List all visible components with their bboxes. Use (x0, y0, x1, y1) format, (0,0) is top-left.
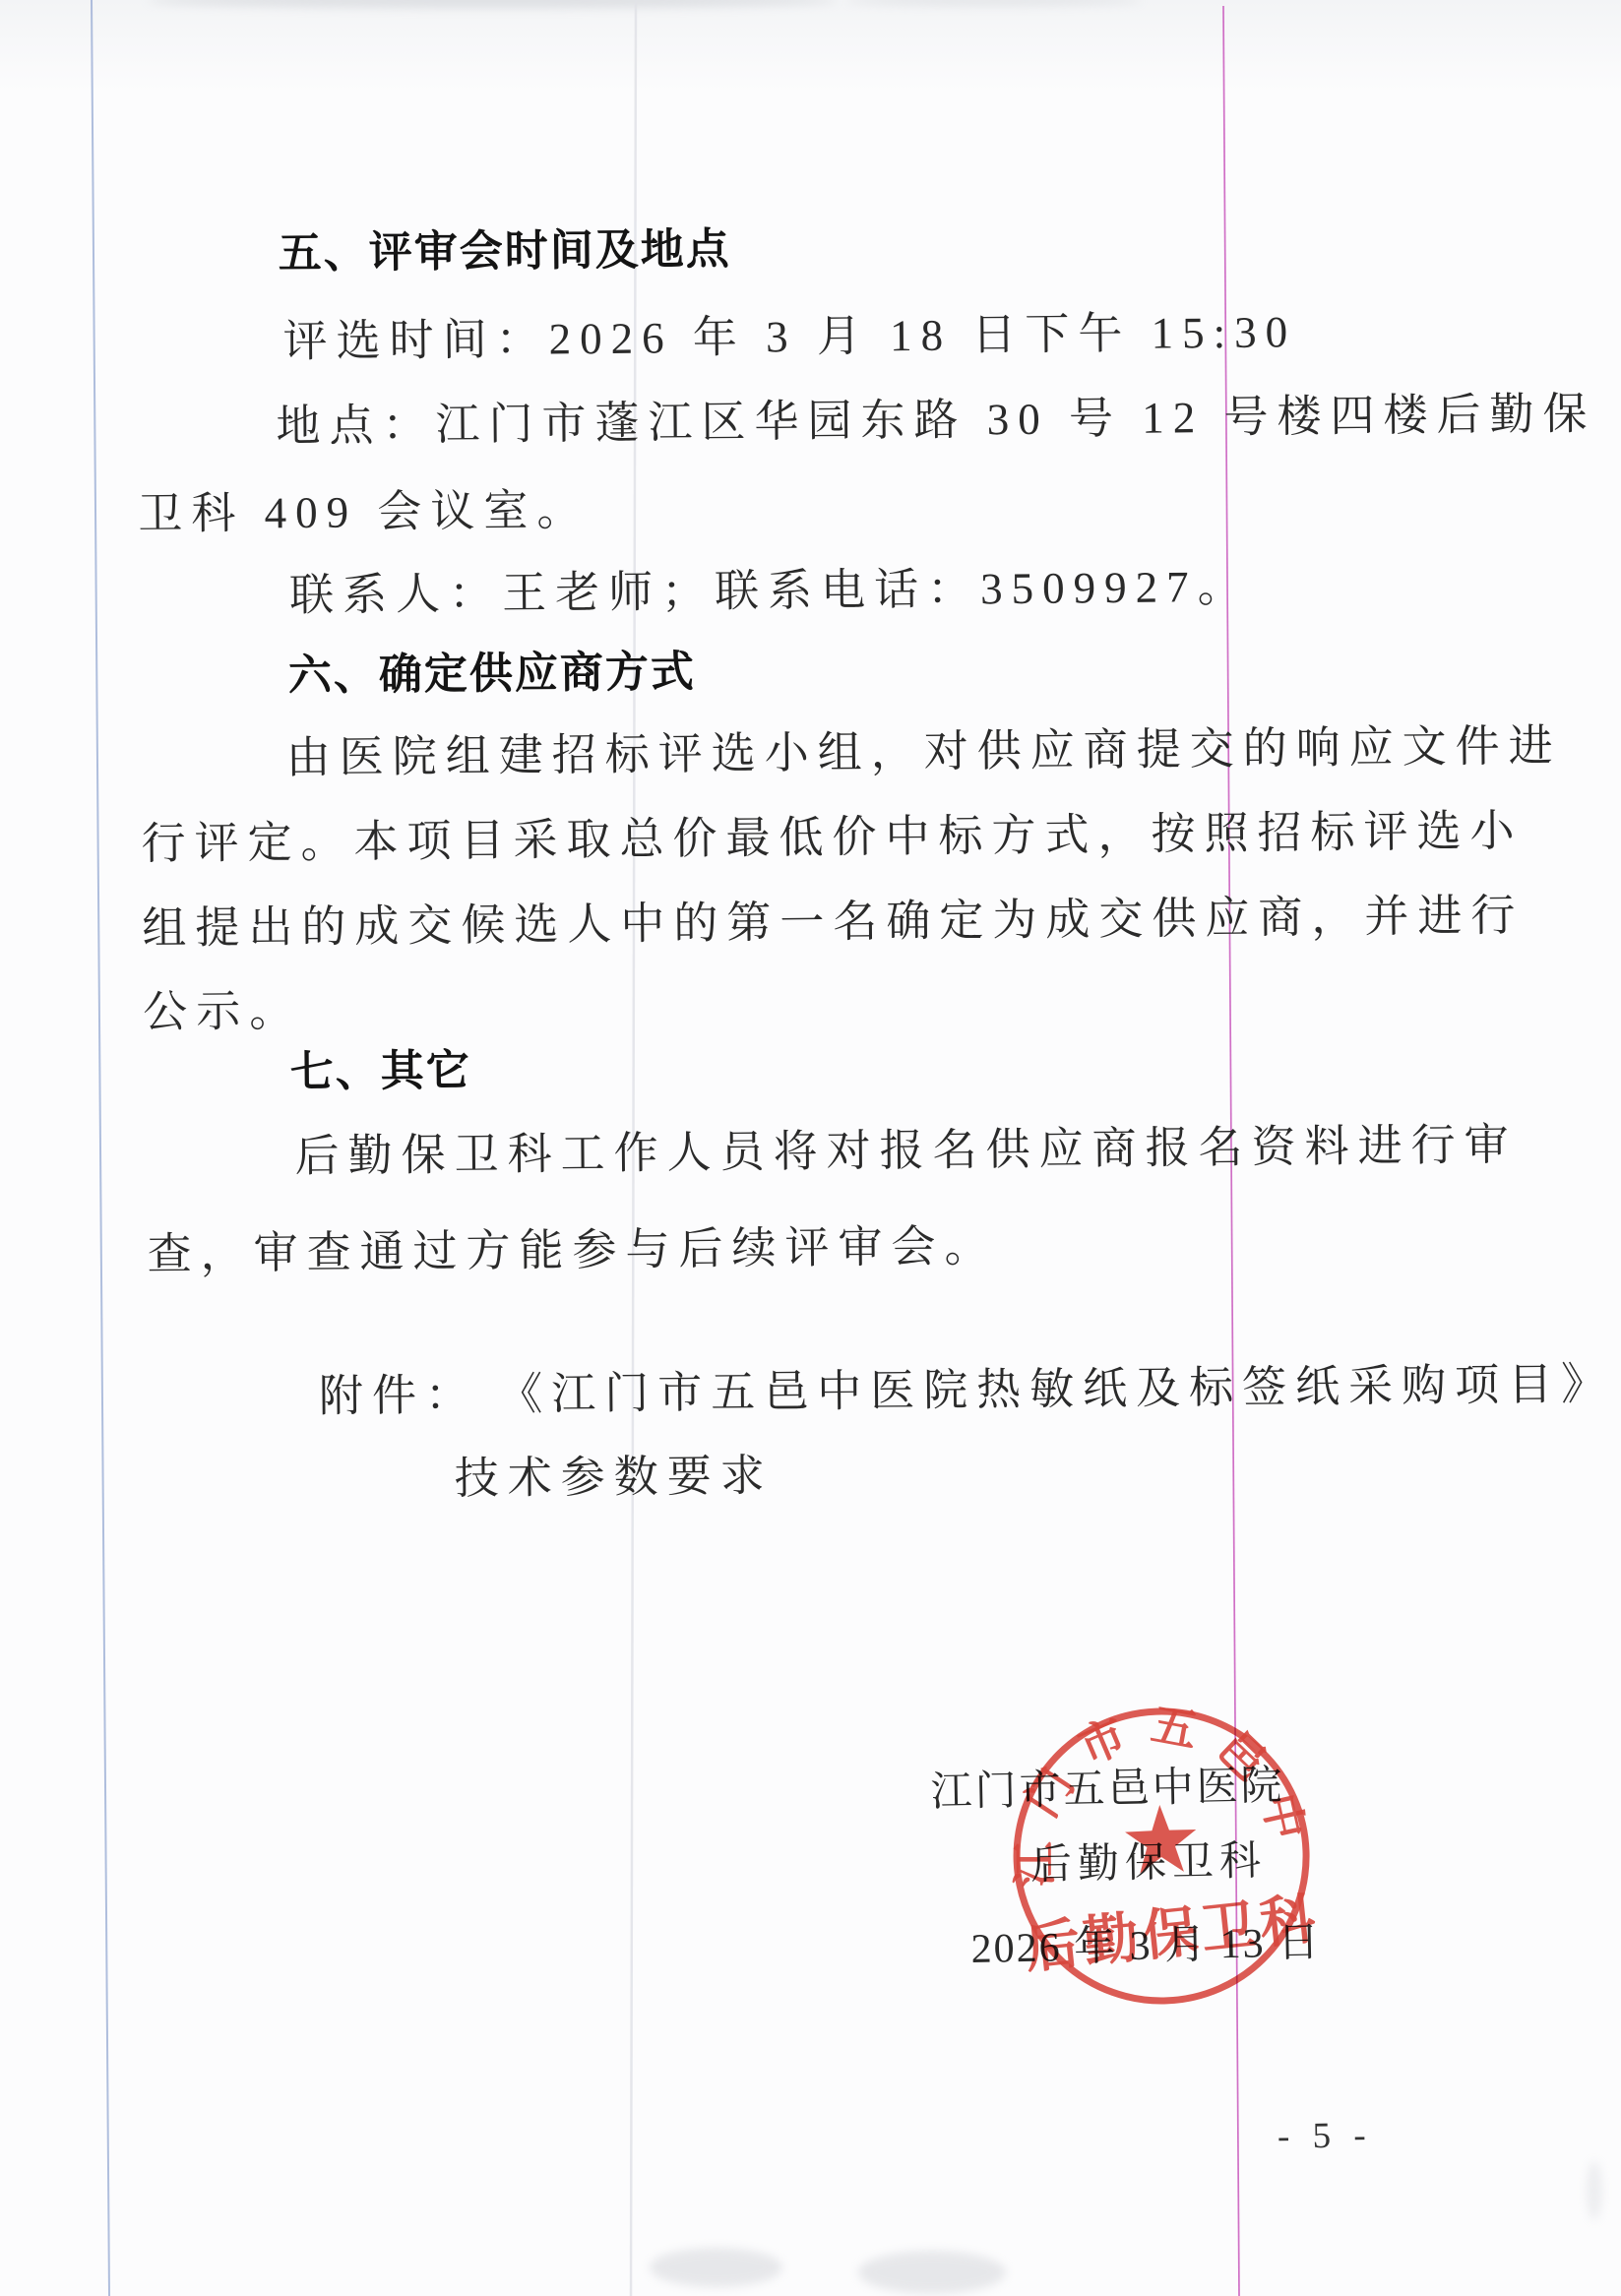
star-icon (1124, 1804, 1198, 1874)
body-line: 由医院组建招标评选小组，对供应商提交的响应文件进 (285, 710, 1562, 785)
attachment-continuation-line: 技术参数要求 (454, 1439, 774, 1506)
body-line-location-2: 卫科 409 会议室。 (138, 473, 591, 541)
section-7-heading: 七、其它 (289, 1034, 471, 1099)
section-5-heading: 五、评审会时间及地点 (278, 214, 731, 280)
scanned-document-page: 五、评审会时间及地点 评选时间：2026 年 3 月 18 日下午 15:30 … (0, 0, 1621, 2296)
body-line-time: 评选时间：2026 年 3 月 18 日下午 15:30 (282, 295, 1296, 369)
section-6-heading: 六、确定供应商方式 (288, 636, 697, 703)
body-line: 行评定。本项目采取总价最低价中标方式，按照招标评选小 (141, 794, 1524, 871)
body-line: 组提出的成交候选人中的第一名确定为成交供应商，并进行 (142, 879, 1525, 956)
body-line: 后勤保卫科工作人员将对报名供应商报名资料进行审 (294, 1108, 1518, 1184)
body-line-contact: 联系人：王老师；联系电话：3509927。 (289, 550, 1251, 623)
stamp-banner-text: 后勤保卫科 (1022, 1889, 1322, 1980)
attachment-line: 附件： 《江门市五邑中医院热敏纸及标签纸采购项目》 (319, 1347, 1615, 1424)
body-line: 查，审查通过方能参与后续评审会。 (147, 1210, 998, 1281)
body-line: 公示。 (143, 974, 303, 1040)
page-number: - 5 - (1278, 2114, 1373, 2157)
body-line-location-1: 地点：江门市蓬江区华园东路 30 号 12 号楼四楼后勤保 (276, 377, 1596, 454)
official-seal-stamp: 江门市五邑中医院 后勤保卫科 (986, 1679, 1337, 2029)
document-body: 五、评审会时间及地点 评选时间：2026 年 3 月 18 日下午 15:30 … (0, 0, 1621, 2296)
